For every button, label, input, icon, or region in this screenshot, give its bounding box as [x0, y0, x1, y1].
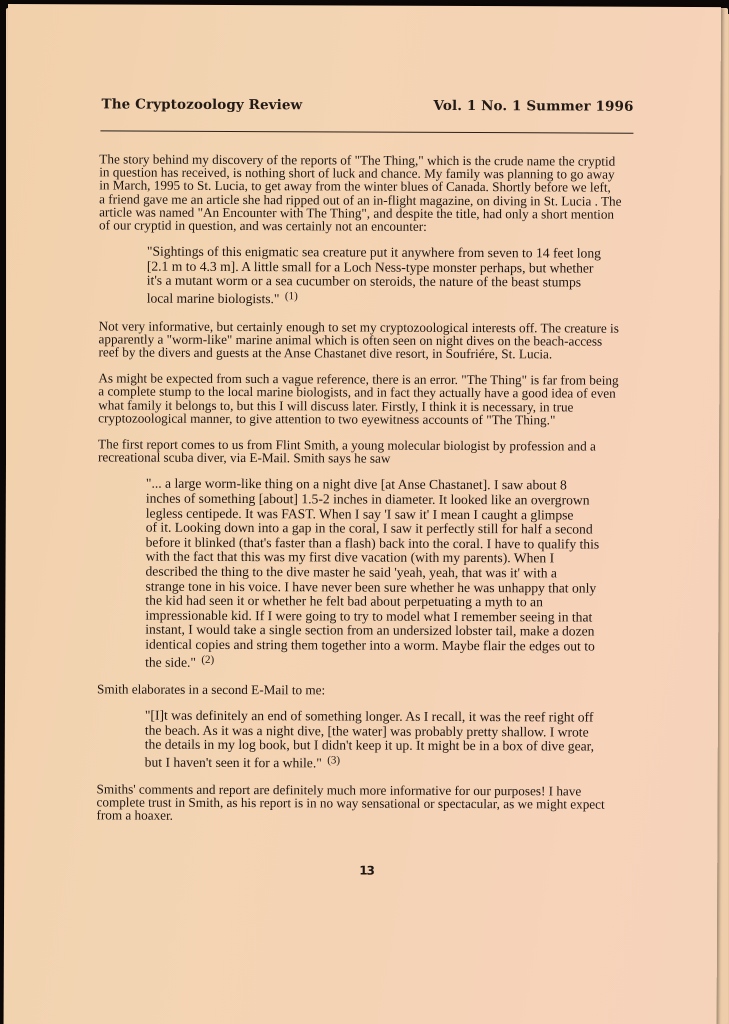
text-line: local marine biologists." (1): [147, 289, 639, 309]
article-body: The story behind my discovery of the rep…: [96, 152, 639, 837]
text-line: Smith elaborates in a second E-Mail to m…: [97, 683, 637, 699]
blockquote-smith-first: "... a large worm-like thing on a night …: [145, 477, 638, 672]
paragraph-conclusion: Smiths' comments and report are definite…: [96, 782, 636, 824]
running-header: The Cryptozoology Review Vol. 1 No. 1 Su…: [102, 96, 634, 120]
paragraph-elaborates: Smith elaborates in a second E-Mail to m…: [97, 683, 637, 699]
publication-title: The Cryptozoology Review: [102, 96, 303, 113]
issue-info: Vol. 1 No. 1 Summer 1996: [434, 98, 634, 115]
text-line: complete trust in Smith, as his report i…: [96, 796, 636, 812]
document-page: The Cryptozoology Review Vol. 1 No. 1 Su…: [4, 4, 721, 1024]
text-line: identical copies and string them togethe…: [145, 638, 637, 655]
blockquote-smith-second: "[I]t was definitely an end of something…: [145, 709, 637, 772]
paragraph-not-informative: Not very informative, but certainly enou…: [98, 319, 638, 361]
text-line: the side." (2): [145, 652, 637, 672]
paragraph-intro: The story behind my discovery of the rep…: [99, 152, 639, 234]
blockquote-magazine: "Sightings of this enigmatic sea creatur…: [147, 245, 639, 309]
footnote-marker: (2): [201, 653, 214, 665]
paragraph-vague-reference: As might be expected from such a vague r…: [98, 372, 638, 427]
footnote-marker: (1): [285, 290, 298, 302]
paragraph-first-report: The first report comes to us from Flint …: [98, 437, 638, 466]
text-line: but I haven't seen it for a while." (3): [145, 752, 637, 772]
text-line: the details in my log book, but I didn't…: [145, 738, 637, 755]
header-rule: [100, 130, 633, 133]
photo-scene: The Cryptozoology Review Vol. 1 No. 1 Su…: [0, 0, 729, 1024]
footnote-marker: (3): [327, 754, 340, 766]
page-number: 13: [359, 864, 374, 878]
